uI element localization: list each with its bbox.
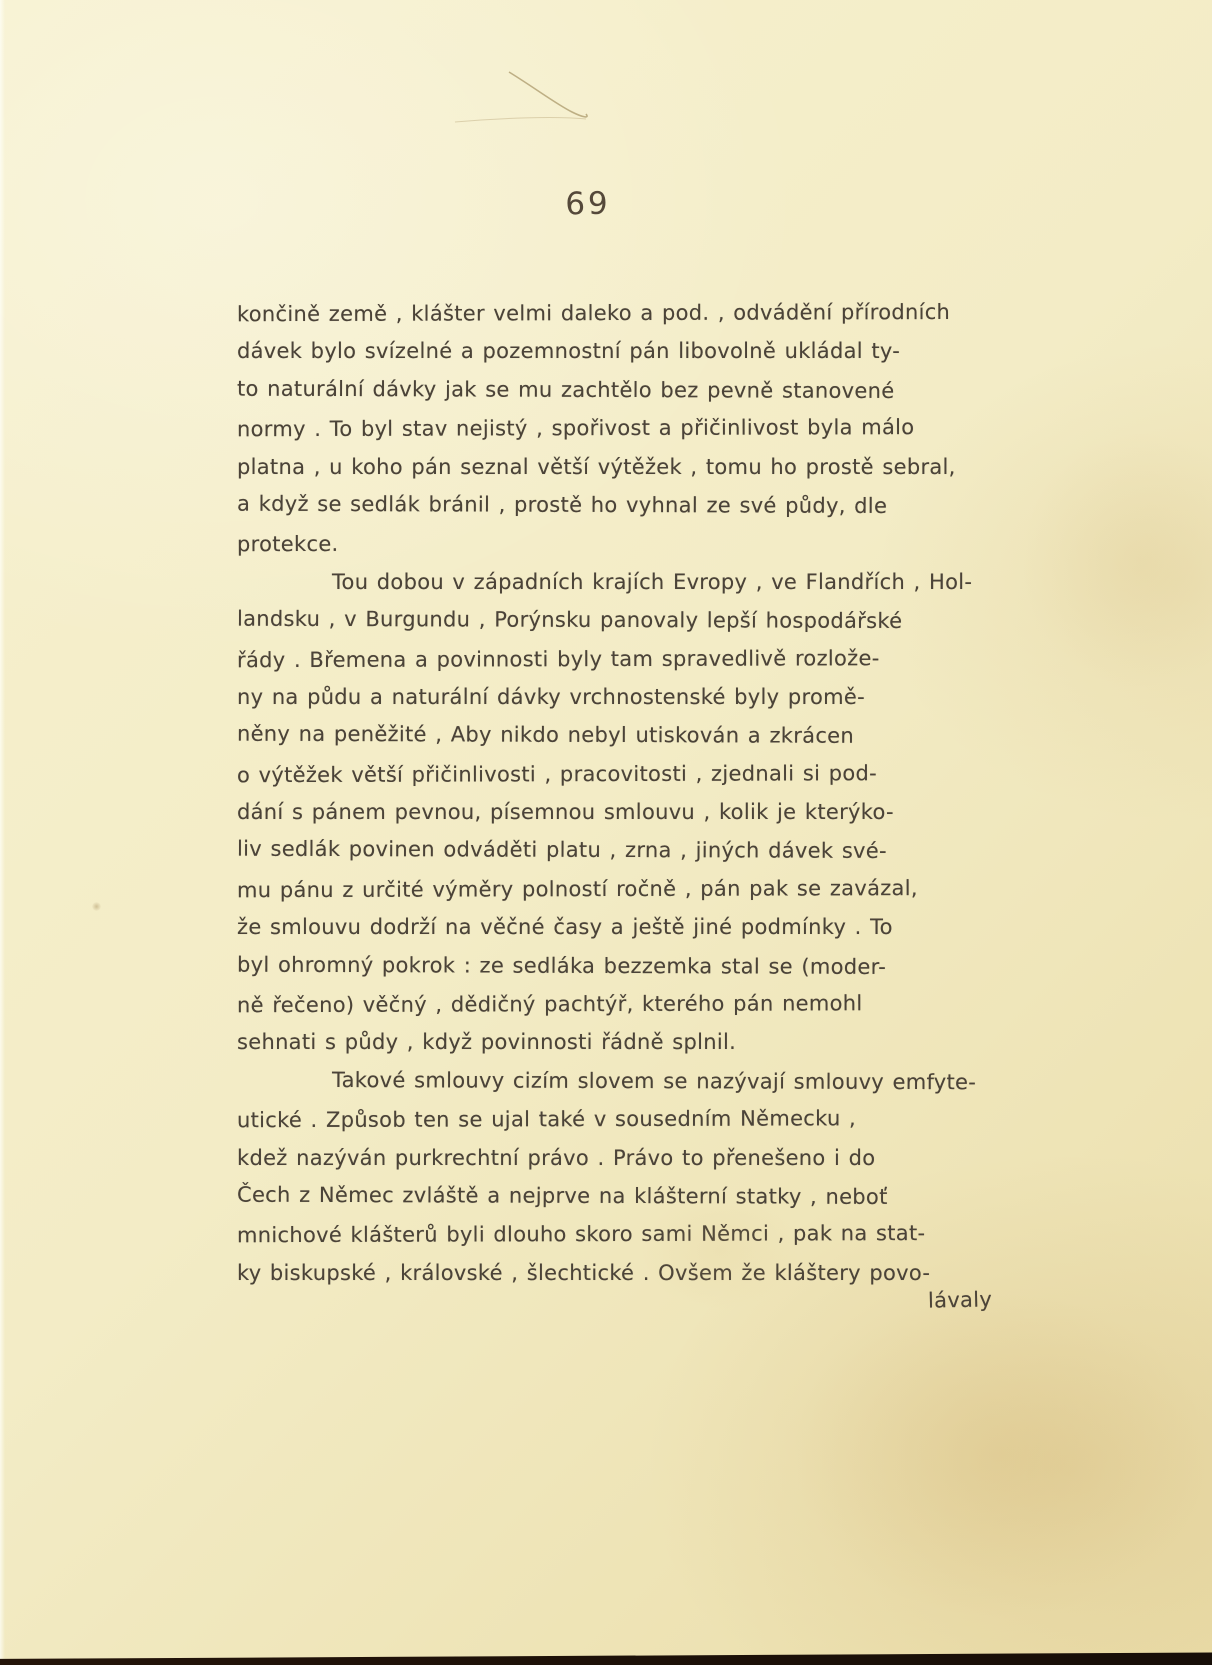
scan-edge-shadow xyxy=(0,1649,1212,1665)
manuscript-line: o výtěžek větší přičinlivosti , pracovit… xyxy=(237,753,1005,794)
page-left-edge xyxy=(0,0,5,1665)
paper-stain xyxy=(92,902,101,911)
manuscript-line: utické . Způsob ten se ujal také v souse… xyxy=(237,1099,1005,1140)
catchword: lávaly xyxy=(928,1287,993,1312)
manuscript-line: ny na půdu a naturální dávky vrchnostens… xyxy=(237,678,1005,716)
manuscript-line: dání s pánem pevnou, písemnou smlouvu , … xyxy=(237,793,1005,831)
manuscript-line: mnichové klášterů byli dlouho skoro sami… xyxy=(237,1214,1005,1255)
manuscript-line: že smlouvu dodrží na věčné časy a ještě … xyxy=(237,908,1005,946)
manuscript-line: Čech z Němec zvláště a nejprve na klášte… xyxy=(237,1176,1005,1217)
manuscript-page: 69 končině země , klášter velmi daleko a… xyxy=(0,0,1212,1665)
paper-stain xyxy=(790,1290,1210,1620)
manuscript-line: protekce. xyxy=(237,523,1005,564)
manuscript-line: to naturální dávky jak se mu zachtělo be… xyxy=(237,369,1005,410)
manuscript-line: dávek bylo svízelné a pozemnostní pán li… xyxy=(237,332,1005,370)
manuscript-line: landsku , v Burgundu , Porýnsku panovaly… xyxy=(237,600,1005,641)
manuscript-line: platna , u koho pán seznal větší výtěžek… xyxy=(237,448,1005,486)
manuscript-line: byl ohromný pokrok : ze sedláka bezzemka… xyxy=(237,945,1005,986)
manuscript-line: řády . Břemena a povinnosti byly tam spr… xyxy=(237,638,1005,679)
manuscript-text: končině země , klášter velmi daleko a po… xyxy=(237,294,1005,1292)
manuscript-line: něny na peněžité , Aby nikdo nebyl utisk… xyxy=(237,715,1005,756)
manuscript-line: a když se sedlák bránil , prostě ho vyhn… xyxy=(237,485,1005,526)
manuscript-line: končině země , klášter velmi daleko a po… xyxy=(237,293,1005,334)
manuscript-line: sehnati s půdy , když povinnosti řádně s… xyxy=(237,1023,1005,1061)
manuscript-line: kdež nazýván purkrechtní právo . Právo t… xyxy=(237,1139,1005,1177)
manuscript-line: ky biskupské , královské , šlechtické . … xyxy=(237,1254,1005,1292)
paper-stain xyxy=(1020,430,1212,690)
manuscript-line: Tou dobou v západních krajích Evropy , v… xyxy=(237,563,1005,601)
manuscript-line: Takové smlouvy cizím slovem se nazývají … xyxy=(237,1060,1005,1101)
page-number: 69 xyxy=(538,185,639,223)
manuscript-line: ně řečeno) věčný , dědičný pachtýř, kter… xyxy=(237,984,1005,1025)
manuscript-line: mu pánu z určité výměry polností ročně ,… xyxy=(237,869,1005,910)
manuscript-line: liv sedlák povinen odváděti platu , zrna… xyxy=(237,830,1005,871)
manuscript-line: normy . To byl stav nejistý , spořivost … xyxy=(237,408,1005,449)
